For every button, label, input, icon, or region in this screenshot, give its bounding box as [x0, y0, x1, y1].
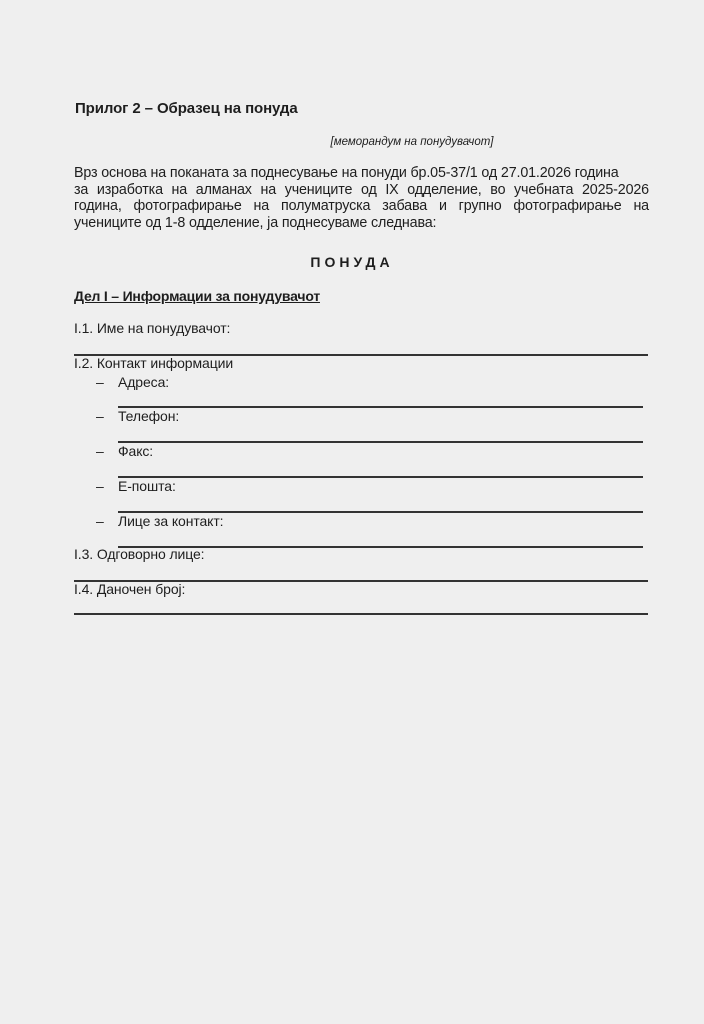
tax-number-label: I.4. Даночен број: [74, 581, 185, 597]
document-page: Прилог 2 – Образец на понуда [меморандум… [0, 0, 704, 1024]
phone-label: Телефон: [118, 408, 179, 424]
memo-note-row: [меморандум на понудувачот] [0, 136, 704, 148]
bullet-dash: – [96, 513, 104, 529]
bullet-dash: – [96, 374, 104, 390]
intro-line: година, фотографирање на полуматруска за… [74, 198, 649, 215]
phone-input-line[interactable] [118, 441, 643, 443]
tax-number-input-line[interactable] [74, 613, 648, 615]
offer-heading: ПОНУДА [0, 254, 704, 270]
bidder-name-label: I.1. Име на понудувачот: [74, 320, 230, 336]
bullet-dash: – [96, 408, 104, 424]
intro-paragraph: Врз основа на поканата за поднесување на… [74, 165, 649, 231]
responsible-person-label: I.3. Одговорно лице: [74, 546, 204, 562]
address-label: Адреса: [118, 374, 169, 390]
intro-line: Врз основа на поканата за поднесување на… [74, 165, 649, 182]
bullet-dash: – [96, 443, 104, 459]
intro-line: учениците од 1-8 одделение, ја поднесува… [74, 215, 649, 232]
email-label: Е-пошта: [118, 478, 176, 494]
memo-note: [меморандум на понудувачот] [331, 136, 494, 148]
document-title: Прилог 2 – Образец на понуда [75, 100, 298, 117]
fax-label: Факс: [118, 443, 153, 459]
contact-info-label: I.2. Контакт информации [74, 355, 233, 371]
bullet-dash: – [96, 478, 104, 494]
address-input-line[interactable] [118, 406, 643, 408]
fax-input-line[interactable] [118, 476, 643, 478]
intro-line: за изработка на алманах на учениците од … [74, 182, 649, 199]
section-heading: Дел I – Информации за понудувачот [74, 288, 320, 304]
contact-person-label: Лице за контакт: [118, 513, 223, 529]
